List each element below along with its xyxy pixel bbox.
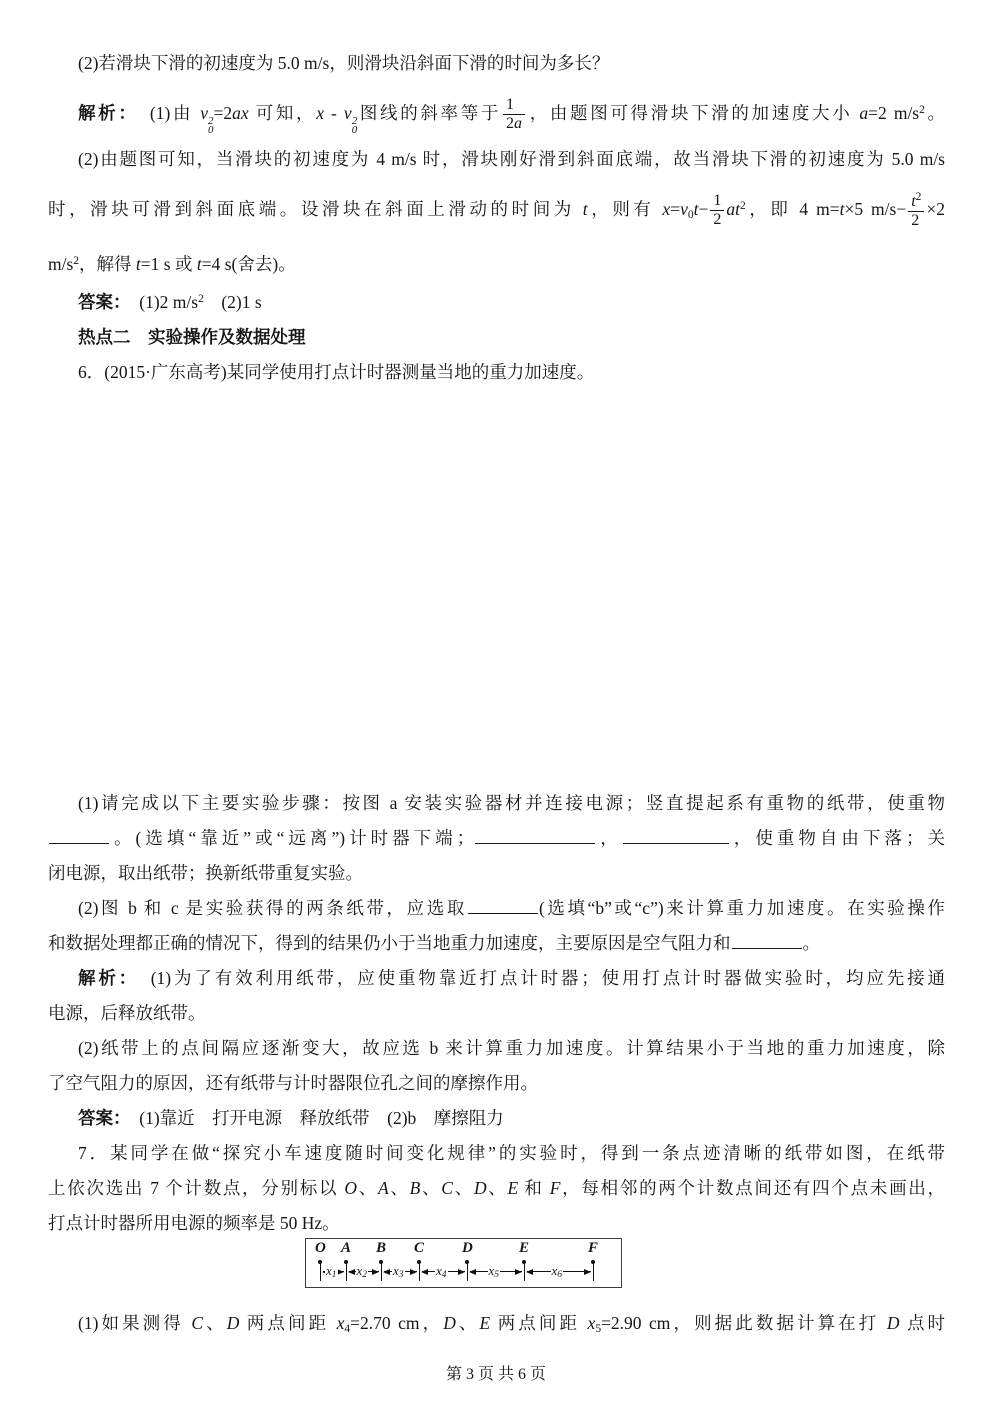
text-run: 图线的斜率等于 — [357, 103, 501, 123]
text-run: (1)2 m/s — [122, 292, 198, 312]
q6-part1-line3: 闭电源，取出纸带；换新纸带重复实验。 — [48, 856, 945, 891]
q7-part1: (1)如果测得 C、D 两点间距 x4=2.70 cm，D、E 两点间距 x5=… — [48, 1306, 945, 1347]
text-run: (2)若滑块下滑的初速度为 5.0 m/s，则滑块沿斜面下滑的时间为多长？ — [78, 53, 609, 73]
arrowhead-left-icon — [383, 1269, 390, 1275]
q6-analysis2-line1: (2)纸带上的点间隔应逐渐变大，故应选 b 来计算重力加速度。计算结果小于当地的… — [48, 1031, 945, 1066]
figure-placeholder-blank — [48, 390, 945, 786]
text-run: (1)靠近 打开电源 释放纸带 (2)b 摩擦阻力 — [122, 1108, 504, 1128]
text-run: v — [344, 103, 352, 123]
q6-analysis2-line2: 了空气阻力的原因，还有纸带与计时器限位孔之间的摩擦作用。 — [48, 1066, 945, 1101]
text-run: ×2 — [926, 199, 945, 219]
text-run: D — [474, 1178, 487, 1198]
tape-point-label: A — [341, 1239, 351, 1257]
text-run: ，即 4 m= — [746, 199, 840, 219]
q6-part1-line1: (1)请完成以下主要实验步骤：按图 a 安装实验器材并连接电源；竖直提起系有重物… — [48, 786, 945, 821]
text-run: C — [191, 1313, 203, 1333]
subscript: 2 — [362, 1270, 367, 1280]
arrowhead-right-icon — [584, 1269, 591, 1275]
text-run: 可知， — [249, 103, 317, 123]
fraction-numerator: 1 — [503, 96, 525, 115]
q6-part2-line2: 和数据处理都正确的情况下，得到的结果仍小于当地重力加速度，主要原因是空气阻力和。 — [48, 926, 945, 961]
text-run: (2)1 s — [204, 292, 262, 312]
fraction-denominator: 2 — [908, 212, 924, 230]
text-run: ， — [596, 828, 622, 848]
arrowhead-left-icon — [348, 1269, 355, 1275]
fraction-denominator: 2a — [503, 115, 525, 133]
tape-tick — [524, 1262, 526, 1281]
text-run: A — [378, 1178, 389, 1198]
tape-tick — [593, 1262, 595, 1281]
q5-answer: 答案： (1)2 m/s2 (2)1 s — [48, 282, 945, 320]
text-run: ×5 m/s− — [844, 199, 906, 219]
tape-point-label: B — [376, 1239, 386, 1257]
text-run: at — [726, 199, 740, 219]
text-run: O — [344, 1178, 357, 1198]
q5-part2-question: (2)若滑块下滑的初速度为 5.0 m/s，则滑块沿斜面下滑的时间为多长？ — [48, 46, 945, 81]
arrowhead-left-icon — [526, 1269, 533, 1275]
text-run: 上依次选出 7 个计数点，分别标以 — [48, 1178, 344, 1198]
q6-analysis-line1: 解析： (1)为了有效利用纸带，应使重物靠近打点计时器；使用打点计时器做实验时，… — [48, 961, 945, 996]
subscript: 0 — [352, 126, 358, 135]
q6-part1-line2: 。(选填“靠近”或“远离”)计时器下端；，，使重物自由下落；关 — [48, 821, 945, 856]
q7-line3: 打点计时器所用电源的频率是 50 Hz。 — [48, 1206, 945, 1241]
text-run: =2 — [214, 103, 233, 123]
text-run: E — [508, 1178, 519, 1198]
text-run: (2)纸带上的点间隔应逐渐变大，故应选 b 来计算重力加速度。计算结果小于当地的… — [78, 1038, 945, 1058]
text-run: 1 — [506, 96, 514, 113]
fraction-numerator: t2 — [908, 191, 924, 212]
text-run: (1)如果测得 — [78, 1313, 191, 1333]
tape-point-label: D — [462, 1239, 473, 1257]
text-run: 闭电源，取出纸带；换新纸带重复实验。 — [48, 863, 363, 883]
tape-tick — [381, 1262, 383, 1281]
fill-in-blank — [475, 830, 595, 844]
fraction-numerator: 1 — [710, 192, 724, 211]
tape-diagram: OABCDEFx1x2x3x4x5x6 — [305, 1238, 622, 1288]
text-run: (1)由 — [130, 103, 200, 123]
fill-in-blank — [732, 935, 802, 949]
fill-in-blank — [468, 900, 538, 914]
text-run: 打点计时器所用电源的频率是 50 Hz。 — [48, 1213, 340, 1233]
text-run: 。 — [803, 933, 821, 953]
text-run: v — [200, 103, 208, 123]
tape-interval-label: x3 — [392, 1264, 405, 1282]
text-run: - — [324, 103, 344, 123]
arrowhead-right-icon — [337, 1269, 344, 1275]
text-run: 和数据处理都正确的情况下，得到的结果仍小于当地重力加速度，主要原因是空气阻力和 — [48, 933, 731, 953]
text-run: 。 — [925, 103, 945, 123]
text-run: (2)图 b 和 c 是实验获得的两条纸带，应选取 — [78, 898, 467, 918]
text-run: a — [514, 115, 522, 132]
text-run: 两点间距 — [490, 1313, 587, 1333]
text-run: =2.90 cm，则据此数据计算在打 — [601, 1313, 887, 1333]
tape-interval-label: x5 — [488, 1264, 501, 1282]
document-body: (2)若滑块下滑的初速度为 5.0 m/s，则滑块沿斜面下滑的时间为多长？解析：… — [0, 0, 992, 1347]
text-run: (1)为了有效利用纸带，应使重物靠近打点计时器；使用打点计时器做实验时，均应先接… — [130, 968, 945, 988]
document-page: { "page": { "footer": "第 3 页 共 6 页" }, "… — [0, 0, 992, 1403]
text-run: 两点间距 — [239, 1313, 336, 1333]
tape-point-label: F — [588, 1239, 598, 1257]
arrowhead-left-icon — [469, 1269, 476, 1275]
text-run: − — [698, 199, 708, 219]
fill-in-blank — [623, 830, 729, 844]
q6-analysis-line2: 电源，后释放纸带。 — [48, 996, 945, 1031]
q5-solution2-line2: 时，滑块可滑到斜面底端。设滑块在斜面上滑动的时间为 t，则有 x=v0t−12a… — [48, 177, 945, 244]
fraction: 12 — [710, 192, 724, 230]
text-run: (2)由题图可知，当滑块的初速度为 4 m/s 时，滑块刚好滑到斜面底端，故当滑… — [78, 149, 945, 169]
subscript: 1 — [332, 1270, 337, 1280]
fraction-denominator: 2 — [710, 211, 724, 229]
text-run: ，由题图可得滑块下滑的加速度大小 — [527, 103, 859, 123]
text-run: 6．(2015·广东高考)某同学使用打点计时器测量当地的重力加速度。 — [78, 362, 594, 382]
text-run: ax — [232, 103, 249, 123]
text-run: D — [443, 1313, 456, 1333]
text-run: 了空气阻力的原因，还有纸带与计时器限位孔之间的摩擦作用。 — [48, 1073, 538, 1093]
text-run: D — [887, 1313, 900, 1333]
q7-line1: 7．某同学在做“探究小车速度随时间变化规律”的实验时，得到一条点迹清晰的纸带如图… — [48, 1136, 945, 1171]
text-run: 时，滑块可滑到斜面底端。设滑块在斜面上滑动的时间为 — [48, 199, 583, 219]
q6-part2-line1: (2)图 b 和 c 是实验获得的两条纸带，应选取(选填“b”或“c”)来计算重… — [48, 891, 945, 926]
arrowhead-right-icon — [458, 1269, 465, 1275]
text-run: x — [316, 103, 324, 123]
text-run: E — [480, 1313, 491, 1333]
subscript: 4 — [442, 1270, 447, 1280]
subscript: 0 — [208, 126, 214, 135]
text-run: v — [680, 199, 688, 219]
text-run: =2.70 cm， — [350, 1313, 443, 1333]
page-footer: 第 3 页 共 6 页 — [0, 1357, 992, 1392]
text-run: 、 — [357, 1178, 378, 1198]
q5-solution2-line1: (2)由题图可知，当滑块的初速度为 4 m/s 时，滑块刚好滑到斜面底端，故当滑… — [48, 142, 945, 177]
text-run: 解析： — [78, 103, 130, 123]
tape-tick — [346, 1262, 348, 1281]
text-run: ，则有 — [588, 199, 663, 219]
q5-analysis-line1: 解析： (1)由 v20=2ax 可知，x - v20图线的斜率等于12a，由题… — [48, 81, 945, 142]
text-run: m/s — [48, 254, 73, 274]
text-run: 、 — [389, 1178, 410, 1198]
text-run: 2 — [713, 211, 721, 228]
arrowhead-right-icon — [372, 1269, 379, 1275]
tape-interval-label: x1 — [325, 1264, 338, 1282]
q7-line2: 上依次选出 7 个计数点，分别标以 O、A、B、C、D、E 和 F，每相邻的两个… — [48, 1171, 945, 1206]
text-run: F — [550, 1178, 561, 1198]
text-run: 。(选填“靠近”或“远离”)计时器下端； — [110, 828, 474, 848]
text-run: (1)请完成以下主要实验步骤：按图 a 安装实验器材并连接电源；竖直提起系有重物… — [78, 793, 945, 813]
text-run: 7．某同学在做“探究小车速度随时间变化规律”的实验时，得到一条点迹清晰的纸带如图… — [78, 1143, 945, 1163]
text-run: 和 — [518, 1178, 549, 1198]
text-run: ，使重物自由下落；关 — [730, 828, 945, 848]
arrowhead-right-icon — [410, 1269, 417, 1275]
text-run: 、 — [453, 1178, 474, 1198]
subscript: 3 — [399, 1270, 404, 1280]
text-run: =4 s(舍去)。 — [202, 254, 296, 274]
subscript: 5 — [494, 1270, 499, 1280]
tape-tick — [467, 1262, 469, 1281]
tape-point-label: E — [519, 1239, 529, 1257]
arrowhead-left-icon — [421, 1269, 428, 1275]
q6-answer: 答案： (1)靠近 打开电源 释放纸带 (2)b 摩擦阻力 — [48, 1101, 945, 1136]
text-run: D — [227, 1313, 240, 1333]
text-run: B — [410, 1178, 421, 1198]
q6-intro: 6．(2015·广东高考)某同学使用打点计时器测量当地的重力加速度。 — [48, 355, 945, 390]
text-run: 、 — [420, 1178, 441, 1198]
text-run: 、 — [487, 1178, 508, 1198]
text-run: 2 — [911, 212, 919, 229]
fraction: t22 — [908, 191, 924, 231]
fill-in-blank — [49, 830, 109, 844]
text-run: 、 — [203, 1313, 227, 1333]
section-hotspot2-heading: 热点二 实验操作及数据处理 — [48, 320, 945, 355]
text-run: ，每相邻的两个计数点间还有四个点未画出， — [560, 1178, 945, 1198]
tape-interval-label: x2 — [356, 1264, 369, 1282]
q5-solution2-line3: m/s2，解得 t=1 s 或 t=4 s(舍去)。 — [48, 244, 945, 282]
text-run: ，解得 — [79, 254, 136, 274]
text-run: (选填“b”或“c”)来计算重力加速度。在实验操作 — [539, 898, 945, 918]
text-run: a — [859, 103, 868, 123]
tape-point-label: C — [414, 1239, 424, 1257]
tape-point-label: O — [315, 1239, 326, 1257]
text-run: = — [670, 199, 680, 219]
tape-interval-label: x6 — [551, 1264, 564, 1282]
text-run: 2 — [916, 191, 922, 203]
tape-tick — [320, 1262, 322, 1281]
arrowhead-right-icon — [515, 1269, 522, 1275]
text-run: 热点二 实验操作及数据处理 — [78, 327, 306, 347]
text-run: =1 s 或 — [141, 254, 197, 274]
tape-tick — [419, 1262, 421, 1281]
text-run: C — [441, 1178, 453, 1198]
text-run: 电源，后释放纸带。 — [48, 1003, 206, 1023]
text-run: 解析： — [78, 968, 130, 988]
subscript: 6 — [557, 1270, 562, 1280]
text-run: 点时 — [900, 1313, 946, 1333]
fraction: 12a — [503, 96, 525, 134]
text-run: 、 — [456, 1313, 480, 1333]
text-run: 答案： — [78, 1108, 122, 1128]
text-run: 答案： — [78, 292, 122, 312]
text-run: =2 m/s — [868, 103, 919, 123]
text-run: 2 — [506, 115, 514, 132]
tape-interval-label: x4 — [435, 1264, 448, 1282]
text-run: 1 — [713, 192, 721, 209]
